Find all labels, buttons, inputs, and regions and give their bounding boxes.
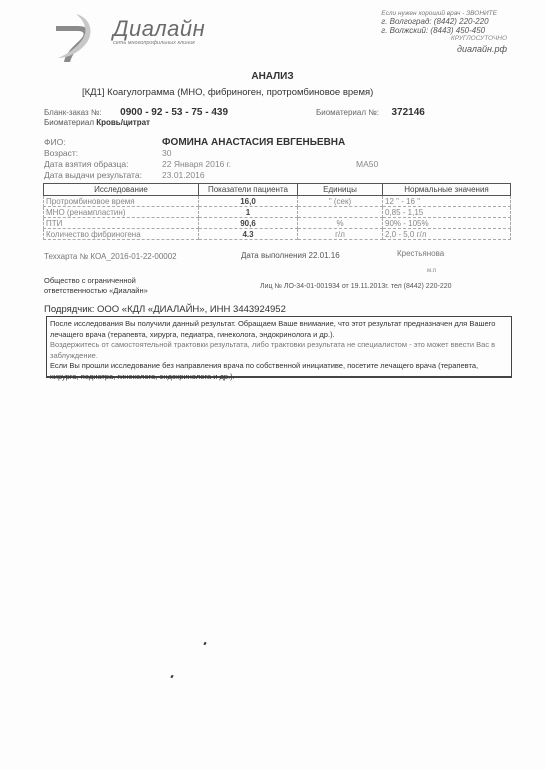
test-value: 4.3 [199,229,298,240]
contacts-site: диалайн.рф [381,44,507,54]
license-info: Лиц № ЛО-34-01-001934 от 19.11.2013г. те… [260,283,452,290]
contacts-volgograd: г. Волгоград: (8442) 220-220 [381,17,507,26]
results-table: Исследование Показатели пациента Единицы… [43,183,511,240]
patient-labels: ФИО: Возраст: Дата взятия образца: Дата … [44,137,142,181]
brand-name: Диалайн [113,16,205,42]
biomaterial-number-label: Биоматериал №: [316,108,379,117]
test-norm: 2,0 - 5,0 г/л [383,229,511,240]
age-label: Возраст: [44,148,142,159]
notice-paragraph-3: Если Вы прошли исследование без направле… [50,361,508,382]
tech-card: Теххарта № КОА_2016-01-22-00002 [44,252,177,261]
scan-speck [170,675,173,679]
biomaterial-row: Биоматериал Кровь/цитрат [44,118,150,127]
test-value: 90,6 [199,218,298,229]
order-number-label: Бланк-заказ №: [44,108,102,117]
document-title: АНАЛИЗ [0,71,545,82]
test-unit: % [298,218,383,229]
contractor-info: Подрядчик: ООО «КДЛ «ДИАЛАЙН», ИНН 34439… [44,304,286,315]
scan-speck [203,642,206,646]
org-line-1: Общество с ограниченной [44,276,148,286]
test-value: 1 [199,207,298,218]
stamp-place: м.п [427,268,436,274]
contacts-slogan: Если нужен хороший врач - ЗВОНИТЕ [381,10,497,17]
patient-name: ФОМИНА АНАСТАСИЯ ЕВГЕНЬЕВНА [162,137,345,148]
notice-paragraph-1: После исследования Вы получили данный ре… [50,319,508,340]
result-date: 23.01.2016 [162,170,345,181]
patient-values: ФОМИНА АНАСТАСИЯ ЕВГЕНЬЕВНА 30 22 Января… [162,137,345,181]
clinic-logo-icon [52,12,98,62]
notice-box: После исследования Вы получили данный ре… [46,316,512,378]
test-name: МНО (ренампластин) [44,207,199,218]
analyzer-code: МА50 [356,159,378,169]
executor-name: Крестьянова [397,249,444,258]
test-name: Количество фибриногена [44,229,199,240]
col-unit: Единицы [298,184,383,196]
table-header-row: Исследование Показатели пациента Единицы… [44,184,511,196]
biomaterial-label: Биоматериал [44,118,94,127]
test-norm: 90% - 105% [383,218,511,229]
test-value: 16,0 [199,196,298,207]
test-name: ПТИ [44,218,199,229]
contacts-block: Если нужен хороший врач - ЗВОНИТЕ г. Вол… [381,10,507,54]
org-line-2: ответственностью «Диалайн» [44,286,148,296]
test-unit: г/л [298,229,383,240]
result-date-label: Дата выдачи результата: [44,170,142,181]
contacts-hours: КРУГЛОСУТОЧНО [381,35,507,42]
table-row: ПТИ 90,6 % 90% - 105% [44,218,511,229]
test-unit: " (сек) [298,196,383,207]
sample-date-label: Дата взятия образца: [44,159,142,170]
order-number: 0900 - 92 - 53 - 75 - 439 [120,107,228,118]
sample-date: 22 Января 2016 г. [162,159,345,170]
test-unit [298,207,383,218]
table-row: Протромбиновое время 16,0 " (сек) 12 " -… [44,196,511,207]
contacts-volzhsky: г. Волжский: (8443) 450-450 [381,26,507,35]
biomaterial-value: Кровь/цитрат [96,118,150,127]
organization-name: Общество с ограниченной ответственностью… [44,276,148,296]
notice-paragraph-2: Воздержитесь от самостоятельной трактовк… [50,340,508,361]
fio-label: ФИО: [44,137,142,148]
test-name: Протромбиновое время [44,196,199,207]
document-subtitle: [КД1] Коагулограмма (МНО, фибриноген, пр… [82,87,373,98]
col-value: Показатели пациента [199,184,298,196]
col-test: Исследование [44,184,199,196]
table-row: МНО (ренампластин) 1 0,85 - 1,15 [44,207,511,218]
brand-tagline: сеть многопрофильных клиник [113,40,195,46]
patient-age: 30 [162,148,345,159]
biomaterial-number-row: Биоматериал №: 372146 [316,102,425,120]
biomaterial-number: 372146 [391,107,424,118]
test-norm: 0,85 - 1,15 [383,207,511,218]
test-norm: 12 " - 16 " [383,196,511,207]
table-row: Количество фибриногена 4.3 г/л 2,0 - 5,0… [44,229,511,240]
col-norm: Нормальные значения [383,184,511,196]
execution-date: Дата выполнения 22.01.16 [241,251,340,260]
